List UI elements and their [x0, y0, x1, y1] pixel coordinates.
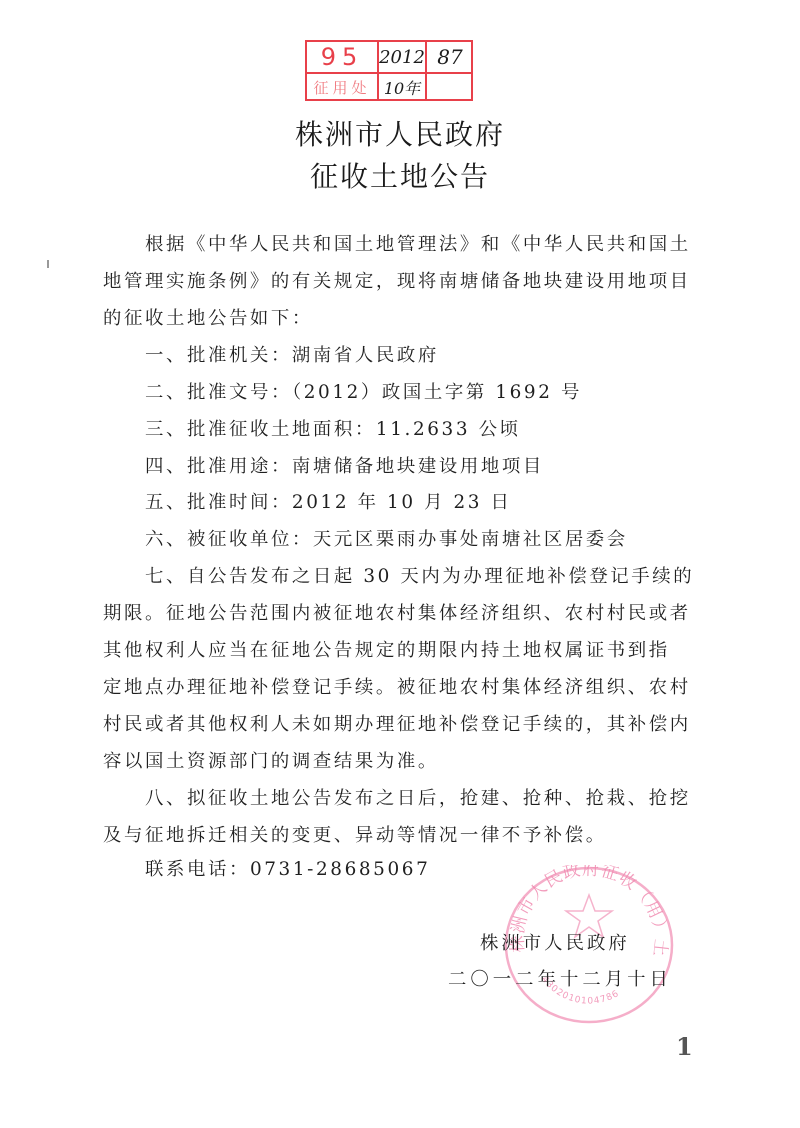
item-expropriated-unit: 六、被征收单位：天元区栗雨办事处南塘社区居委会 [145, 528, 745, 552]
document-title: 征收土地公告 [0, 155, 800, 195]
item-registration-period: 定地点办理征地补偿登记手续。被征地农村集体经济组织、农村 [103, 676, 703, 700]
contact-phone: 联系电话：0731-28685067 [145, 858, 745, 882]
document-issuer-heading: 株洲市人民政府 [0, 113, 800, 153]
stamp-year: 2012 [379, 42, 425, 72]
intro-line: 的征收土地公告如下： [103, 307, 703, 331]
item-registration-period: 期限。征地公告范围内被征地农村集体经济组织、农村村民或者 [103, 602, 703, 626]
intro-line: 地管理实施条例》的有关规定，现将南塘储备地块建设用地项目 [103, 270, 703, 294]
item-no-compensation: 及与征地拆迁相关的变更、异动等情况一律不予补偿。 [103, 824, 703, 848]
item-approval-authority: 一、批准机关：湖南省人民政府 [145, 344, 745, 368]
stamp-department: 征用处 [307, 73, 377, 101]
scan-speck [47, 260, 49, 268]
signature-issuer: 株洲市人民政府 [480, 929, 630, 955]
item-land-use: 四、批准用途：南塘储备地块建设用地项目 [145, 455, 745, 479]
item-no-compensation: 八、拟征收土地公告发布之日后，抢建、抢种、抢栽、抢挖 [145, 787, 745, 811]
stamp-number: 95 [307, 42, 377, 72]
stamp-sequence: 87 [427, 42, 473, 72]
receive-stamp: 95 征用处 2012 87 10年 [305, 40, 473, 101]
item-registration-period: 其他权利人应当在征地公告规定的期限内持土地权属证书到指 [103, 639, 703, 663]
item-registration-period: 容以国土资源部门的调查结果为准。 [103, 750, 703, 774]
item-land-area: 三、批准征收土地面积：11.2633 公顷 [145, 418, 745, 442]
item-registration-period: 村民或者其他权利人未如期办理征地补偿登记手续的，其补偿内 [103, 713, 703, 737]
signature-date: 二〇一二年十二月十日 [448, 965, 672, 991]
stamp-month: 10年 [379, 73, 425, 101]
page-number: 1 [676, 1032, 693, 1061]
item-approval-date: 五、批准时间：2012 年 10 月 23 日 [145, 491, 745, 515]
item-approval-document-number: 二、批准文号：（2012）政国土字第 1692 号 [145, 381, 745, 405]
intro-line: 根据《中华人民共和国土地管理法》和《中华人民共和国土 [145, 233, 745, 257]
item-registration-period: 七、自公告发布之日起 30 天内为办理征地补偿登记手续的 [145, 565, 745, 589]
